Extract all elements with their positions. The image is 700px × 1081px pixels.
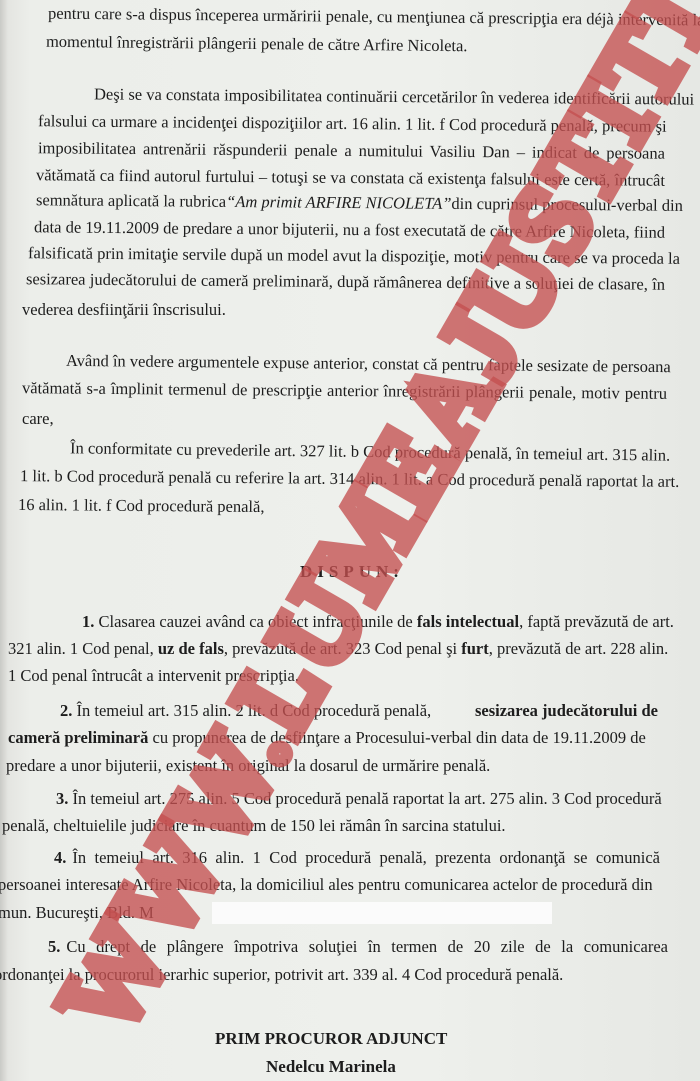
text-segment: În temeiul art. 275 alin. 5 Cod procedur… <box>73 789 662 808</box>
text-line: pentru care s-a dispus începerea urmărir… <box>48 4 700 31</box>
bold-term: cameră preliminară <box>8 728 148 747</box>
text-line: Având în vedere argumentele expuse anter… <box>66 351 671 377</box>
text-line: 16 alin. 1 lit. f Cod procedură penală, <box>18 495 265 517</box>
item-number: 4. <box>54 848 66 868</box>
text-line: vederea desfiinţării înscrisului. <box>22 300 226 320</box>
text-line: imposibilitatea antrenării răspunderii p… <box>38 138 665 163</box>
bold-term: sesizarea judecătorului de <box>475 701 658 721</box>
text-line: penală, cheltuielile judiciare în cuantu… <box>2 816 506 836</box>
item-number: 5. <box>48 937 60 957</box>
text-line: semnătura aplicată la rubrica “Am primit… <box>36 190 665 215</box>
bold-term: fals intelectual <box>417 612 519 631</box>
text-line: vătămată ca fiind autorul furtului – tot… <box>36 165 665 190</box>
text-line: mun. Bucureşti, Bld. M <box>0 903 154 923</box>
document-page: pentru care s-a dispus începerea urmărir… <box>0 0 700 1081</box>
list-item: 3. În temeiul art. 275 alin. 5 Cod proce… <box>56 789 662 809</box>
item-number: 3. <box>56 789 68 808</box>
text-line: sesizarea judecătorului de cameră prelim… <box>26 269 665 295</box>
text-segment: , faptă prevăzută de art. <box>519 612 674 631</box>
text-segment: , prevăzută de art. 323 Cod penal şi <box>224 639 461 658</box>
text-line: vătămată s-a împlinit termenul de prescr… <box>22 378 667 404</box>
text-line: Deşi se va constata imposibilitatea cont… <box>94 84 694 109</box>
quoted-signature-label: “Am primit ARFIRE NICOLETA” <box>226 192 452 214</box>
signature-title: PRIM PROCUROR ADJUNCT <box>215 1029 447 1049</box>
dispun-heading: DISPUN: <box>300 562 404 582</box>
text-line: momentul înregistrării plângerii penale … <box>46 32 468 56</box>
text-line: falsului ca urmare a incidenţei dispoziţ… <box>38 111 665 136</box>
item-number: 2. <box>60 701 72 720</box>
text-segment: , prevăzută de art. 228 alin. <box>489 639 669 658</box>
item-number: 1. <box>82 612 94 631</box>
text-segment: semnătura aplicată la rubrica <box>36 190 226 212</box>
text-segment: 321 alin. 1 Cod penal, <box>8 639 158 658</box>
list-item: 5. Cu drept de plângere împotriva soluţi… <box>48 937 668 957</box>
list-item: 4. În temeiul art. 316 alin. 1 Cod proce… <box>54 848 660 868</box>
signature-name: Nedelcu Marinela <box>266 1057 396 1077</box>
text-line: cameră preliminară cu propunerea de desf… <box>8 728 646 748</box>
redacted-address <box>212 902 552 924</box>
bold-term: furt <box>461 639 489 658</box>
bold-term: uz de fals <box>158 639 224 658</box>
text-line: persoanei interesate Arfire Nicoleta, la… <box>0 875 653 895</box>
text-line: predare a unor bijuterii, existent în or… <box>6 756 490 776</box>
text-segment: din cuprinsul procesului-verbal din <box>451 194 683 216</box>
text-segment: cu propunerea de desfiinţare a Procesulu… <box>148 728 645 747</box>
text-line: ordonanţei la procurorul ierarhic superi… <box>0 965 563 985</box>
text-line: 1 Cod penal întrucât a intervenit prescr… <box>8 666 299 686</box>
text-line: 321 alin. 1 Cod penal, uz de fals, prevă… <box>8 639 668 659</box>
text-line: care, <box>22 409 54 429</box>
text-segment: Cu drept de plângere împotriva soluţiei … <box>66 937 668 957</box>
text-line: În conformitate cu prevederile art. 327 … <box>70 438 670 465</box>
list-item: 1. Clasarea cauzei având ca obiect infra… <box>82 612 674 632</box>
text-line: data de 19.11.2009 de predare a unor bij… <box>34 217 665 243</box>
text-segment: În temeiul art. 316 alin. 1 Cod procedur… <box>72 848 660 868</box>
text-line: falsificată prin imitaţie servile după u… <box>28 243 665 269</box>
text-line: 1 lit. b Cod procedură penală cu referir… <box>20 466 679 492</box>
text-segment: Clasarea cauzei având ca obiect infracţi… <box>99 612 417 631</box>
list-item: 2. În temeiul art. 315 alin. 2 lit. d Co… <box>60 701 658 721</box>
text-segment: În temeiul art. 315 alin. 2 lit. d Cod p… <box>77 701 432 720</box>
